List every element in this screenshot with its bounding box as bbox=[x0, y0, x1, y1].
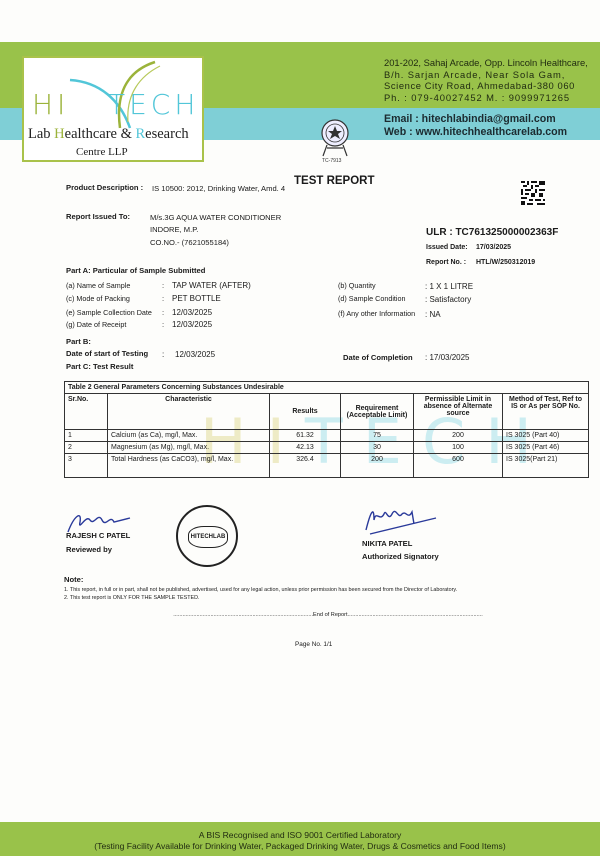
cell-sr: 3 bbox=[65, 454, 108, 478]
ulr-number: ULR : TC761325000002363F bbox=[426, 227, 558, 238]
colon: : bbox=[162, 308, 164, 317]
start-testing-label: Date of start of Testing bbox=[66, 349, 148, 358]
column-header: Sr.No. bbox=[65, 394, 108, 430]
issued-to-line: INDORE, M.P. bbox=[150, 225, 198, 234]
issued-to-label: Report Issued To: bbox=[66, 212, 130, 221]
company-logo: HI TECH Lab Healthcare & Research Centre… bbox=[22, 56, 204, 162]
report-title: TEST REPORT bbox=[294, 175, 375, 187]
column-header: Characteristic bbox=[108, 394, 270, 430]
sample-name-label: (a) Name of Sample bbox=[66, 281, 130, 290]
quantity-value: : 1 X 1 LITRE bbox=[425, 282, 473, 291]
company-address: 201-202, Sahaj Arcade, Opp. Lincoln Heal… bbox=[384, 57, 580, 103]
product-description-label: Product Description : bbox=[66, 183, 143, 192]
issued-date-value: 17/03/2025 bbox=[476, 244, 511, 251]
colon: : bbox=[162, 294, 164, 303]
cell-result: 42.13 bbox=[270, 442, 341, 454]
colon: : bbox=[162, 281, 164, 290]
issued-to-line: CO.NO.- (7621055184) bbox=[150, 238, 229, 247]
signatory-name: NIKITA PATEL bbox=[362, 539, 412, 548]
collection-date-label: (e) Sample Collection Date bbox=[66, 308, 152, 317]
cell-method: IS 3025(Part 21) bbox=[503, 454, 589, 478]
cell-sr: 2 bbox=[65, 442, 108, 454]
logo-subtitle-2: Centre LLP bbox=[76, 146, 128, 158]
footer-certification: A BIS Recognised and ISO 9001 Certified … bbox=[0, 830, 600, 840]
sample-name-value: TAP WATER (AFTER) bbox=[172, 281, 251, 290]
part-c-title: Part C: Test Result bbox=[66, 362, 133, 371]
column-header: Results bbox=[270, 394, 341, 430]
footer-facilities: (Testing Facility Available for Drinking… bbox=[0, 841, 600, 851]
logo-hi-text: HI bbox=[32, 88, 69, 121]
stamp-text: HITECHLAB bbox=[188, 526, 228, 548]
cell-method: IS 3025 (Part 40) bbox=[503, 430, 589, 442]
cell-requirement: 30 bbox=[341, 442, 414, 454]
cell-requirement: 75 bbox=[341, 430, 414, 442]
receipt-date-label: (g) Date of Receipt bbox=[66, 320, 126, 329]
address-line: Science City Road, Ahmedabad-380 060 bbox=[384, 80, 580, 92]
part-a-title: Part A: Particular of Sample Submitted bbox=[66, 266, 205, 275]
colon: : bbox=[162, 350, 164, 359]
colon: : bbox=[162, 320, 164, 329]
cell-method: IS 3025 (Part 46) bbox=[503, 442, 589, 454]
logo-subtitle: Lab Healthcare & Research bbox=[28, 126, 189, 143]
cell-result: 326.4 bbox=[270, 454, 341, 478]
quantity-label: (b) Quantity bbox=[338, 281, 376, 290]
packing-mode-value: PET BOTTLE bbox=[172, 294, 221, 303]
column-header: Method of Test, Ref to IS or As per SOP … bbox=[503, 394, 589, 430]
note-item: 2. This test report is ONLY FOR THE SAMP… bbox=[64, 595, 200, 601]
part-b-title: Part B: bbox=[66, 337, 91, 346]
issued-to-line: M/s.3G AQUA WATER CONDITIONER bbox=[150, 213, 281, 222]
reviewer-role: Reviewed by bbox=[66, 545, 112, 554]
column-header: Permissible Limit in absence of Alternat… bbox=[414, 394, 503, 430]
accreditation-code: TC-7913 bbox=[322, 158, 341, 164]
cell-characteristic: Magnesium (as Mg), mg/l, Max. bbox=[108, 442, 270, 454]
cell-permissible: 600 bbox=[414, 454, 503, 478]
cell-sr: 1 bbox=[65, 430, 108, 442]
other-info-label: (f) Any other Information bbox=[338, 309, 415, 318]
lab-stamp: HITECHLAB bbox=[176, 505, 238, 567]
cell-characteristic: Total Hardness (as CaCO3), mg/l, Max. bbox=[108, 454, 270, 478]
qr-code-icon bbox=[521, 181, 545, 205]
receipt-date-value: 12/03/2025 bbox=[172, 320, 212, 329]
completion-date-label: Date of Completion bbox=[343, 353, 413, 362]
page-number: Page No. 1/1 bbox=[295, 641, 332, 648]
note-title: Note: bbox=[64, 575, 83, 584]
sample-condition-label: (d) Sample Condition bbox=[338, 294, 406, 303]
contact-info: Email : hitechlabindia@gmail.com Web : w… bbox=[384, 113, 567, 139]
email-text[interactable]: Email : hitechlabindia@gmail.com bbox=[384, 113, 567, 126]
cell-permissible: 100 bbox=[414, 442, 503, 454]
other-info-value: : NA bbox=[425, 310, 441, 319]
end-of-report: ........................................… bbox=[158, 612, 498, 618]
table-row: 1 Calcium (as Ca), mg/l, Max. 61.32 75 2… bbox=[65, 430, 589, 442]
signatory-signature-icon bbox=[360, 500, 440, 536]
completion-date-value: : 17/03/2025 bbox=[425, 353, 470, 362]
reviewer-name: RAJESH C PATEL bbox=[66, 531, 130, 540]
table-row: 3 Total Hardness (as CaCO3), mg/l, Max. … bbox=[65, 454, 589, 478]
sample-condition-value: : Satisfactory bbox=[425, 295, 471, 304]
report-no-label: Report No. : bbox=[426, 259, 466, 266]
address-line: Ph. : 079-40027452 M. : 9099971265 bbox=[384, 92, 580, 104]
collection-date-value: 12/03/2025 bbox=[172, 308, 212, 317]
results-table: Table 2 General Parameters Concerning Su… bbox=[64, 381, 589, 478]
report-no-value: HTL/W/250312019 bbox=[476, 259, 535, 266]
signatory-role: Authorized Signatory bbox=[362, 552, 439, 561]
accreditation-seal-icon bbox=[315, 118, 355, 158]
address-line: 201-202, Sahaj Arcade, Opp. Lincoln Heal… bbox=[384, 57, 580, 69]
logo-tech-text: TECH bbox=[108, 88, 199, 121]
cell-permissible: 200 bbox=[414, 430, 503, 442]
address-line: B/h. Sarjan Arcade, Near Sola Gam, bbox=[384, 69, 580, 81]
note-item: 1. This report, in full or in part, shal… bbox=[64, 587, 457, 593]
product-description-value: IS 10500: 2012, Drinking Water, Amd. 4 bbox=[152, 184, 285, 193]
table-caption: Table 2 General Parameters Concerning Su… bbox=[65, 382, 589, 394]
table-row: 2 Magnesium (as Mg), mg/l, Max. 42.13 30… bbox=[65, 442, 589, 454]
cell-result: 61.32 bbox=[270, 430, 341, 442]
issued-date-label: Issued Date: bbox=[426, 244, 468, 251]
packing-mode-label: (c) Mode of Packing bbox=[66, 294, 130, 303]
cell-characteristic: Calcium (as Ca), mg/l, Max. bbox=[108, 430, 270, 442]
website-text[interactable]: Web : www.hitechhealthcarelab.com bbox=[384, 126, 567, 139]
column-header: Requirement (Acceptable Limit) bbox=[341, 394, 414, 430]
start-testing-value: 12/03/2025 bbox=[175, 350, 215, 359]
cell-requirement: 200 bbox=[341, 454, 414, 478]
